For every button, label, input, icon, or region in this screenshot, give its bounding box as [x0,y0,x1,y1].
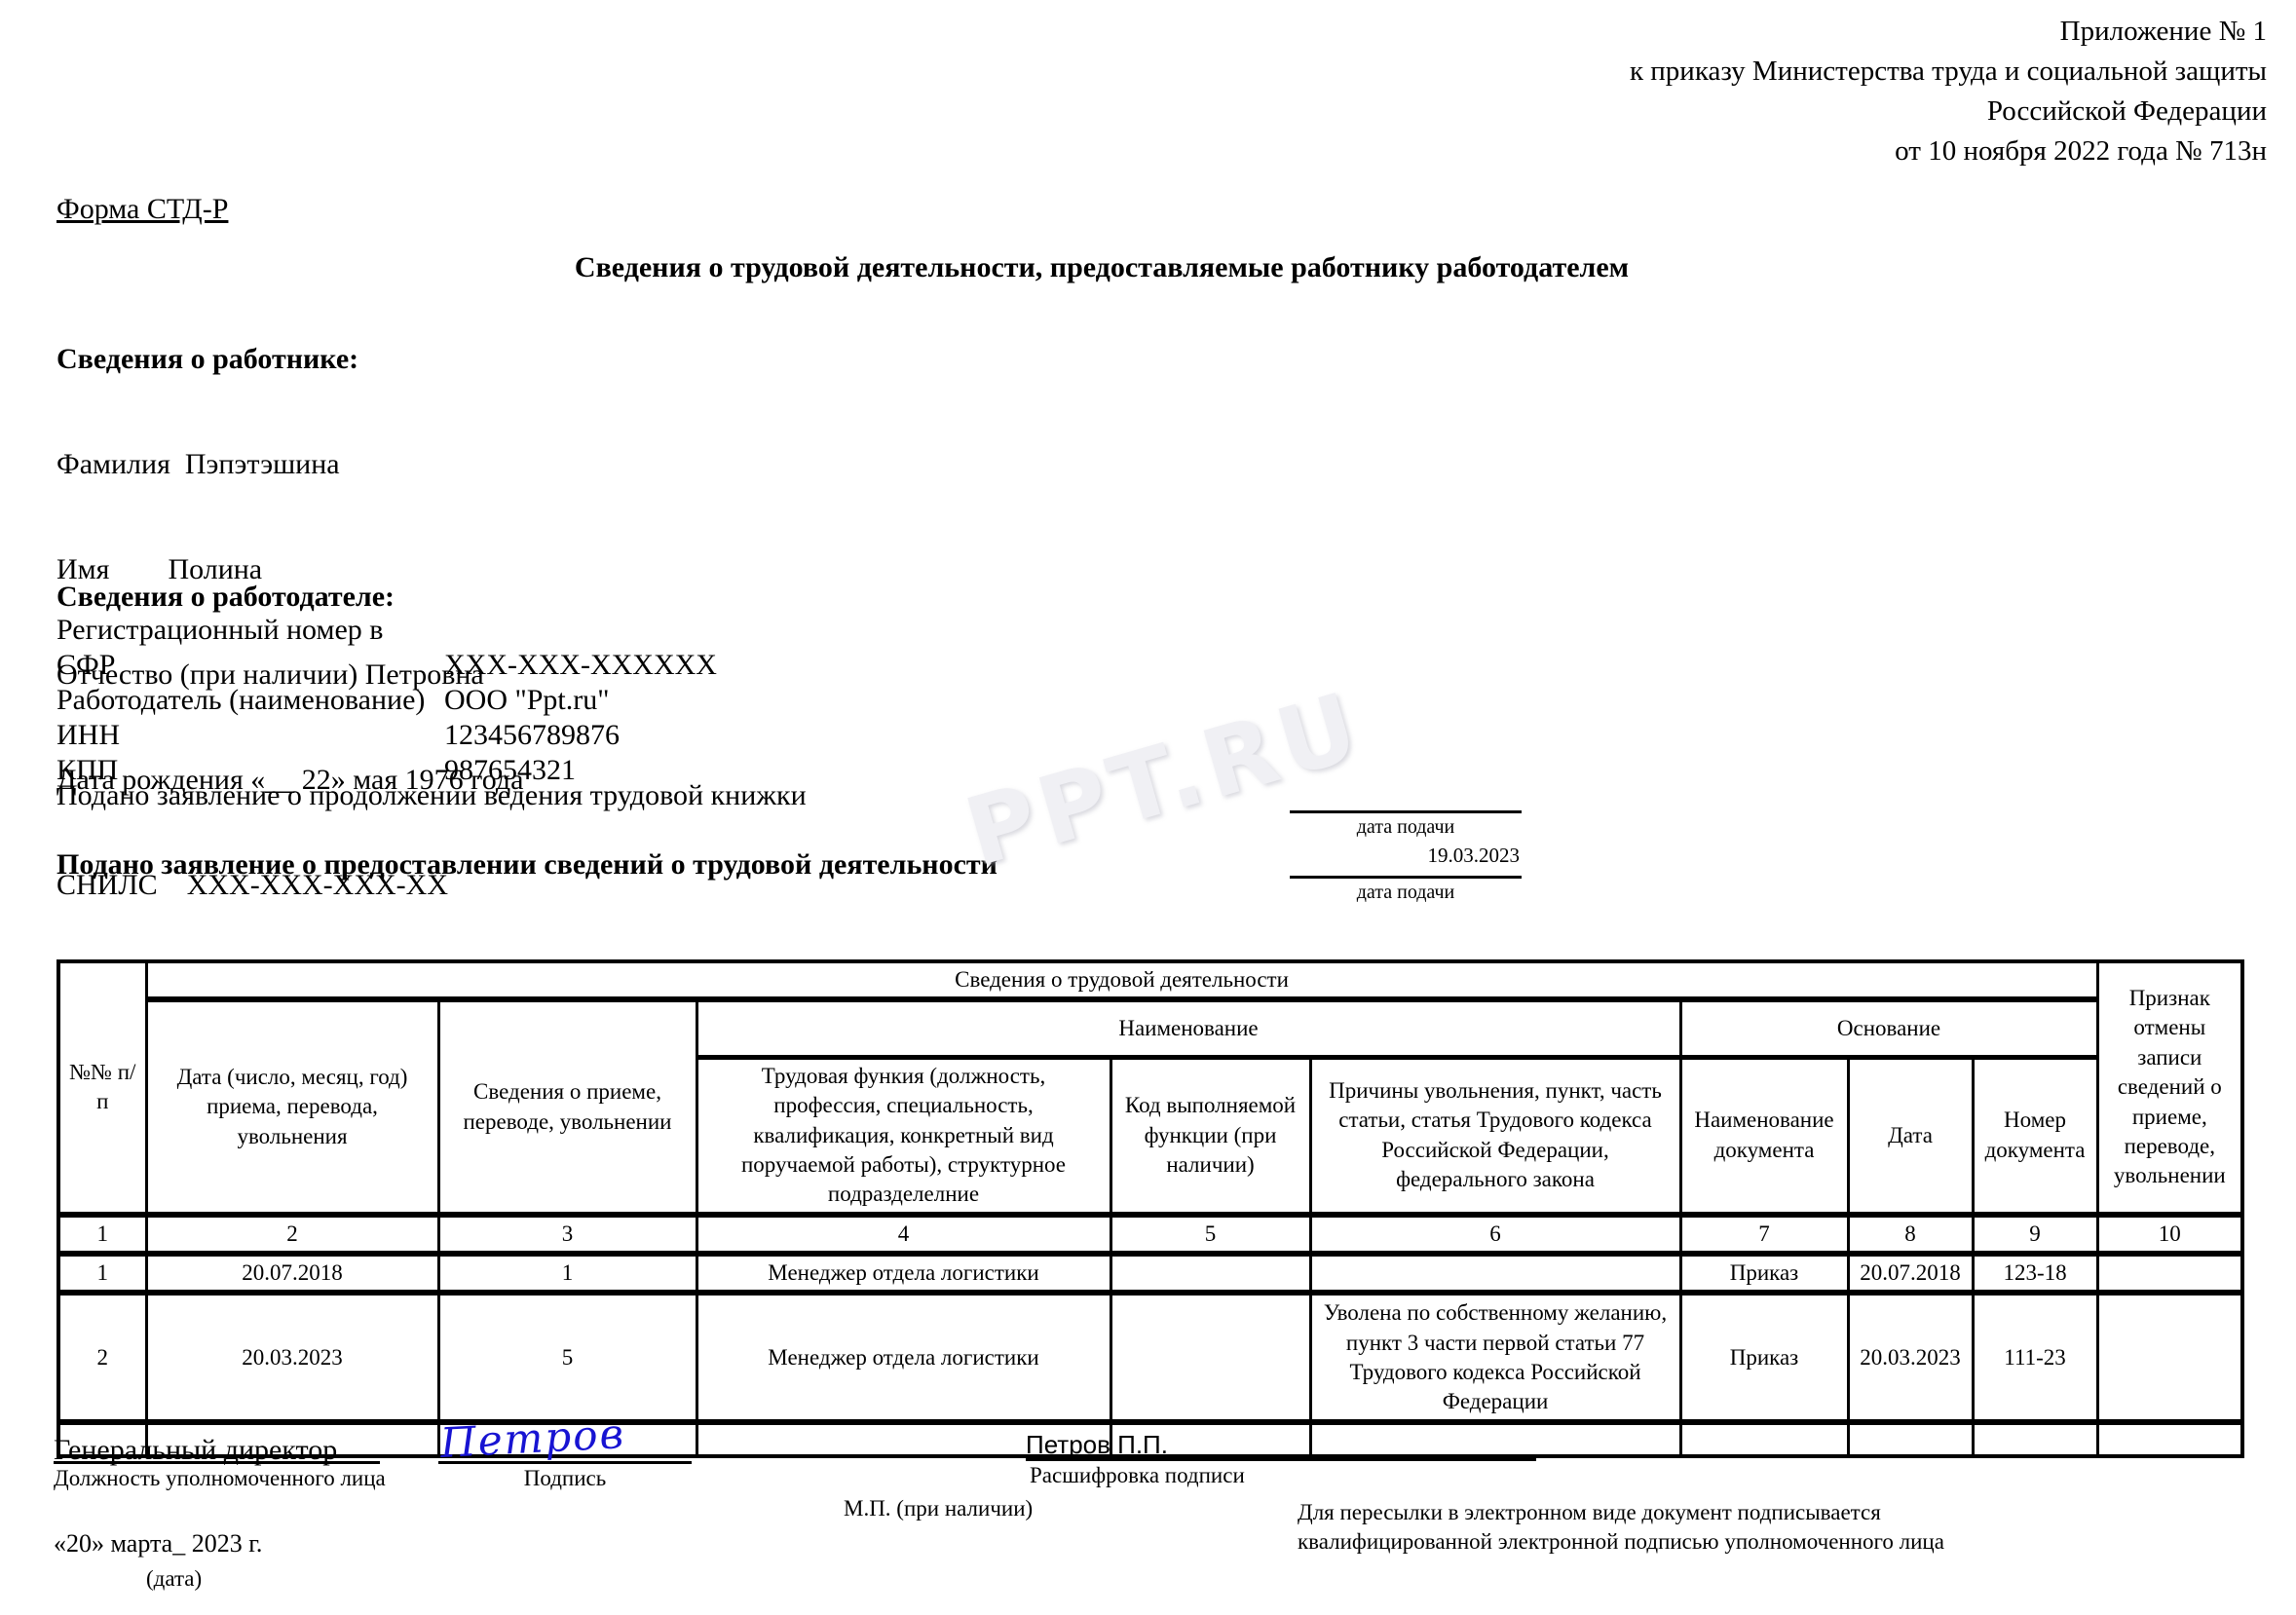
employer-reg-row: Регистрационный номер в СФРХХХ-ХХХ-ХХХХХ… [56,613,717,683]
date-caption-2: дата подачи [1290,879,1522,904]
employer-reg-value: ХХХ-ХХХ-ХХХХХХ [444,649,717,681]
row3-doc-date [1848,1422,1973,1456]
col-num-5: 5 [1110,1215,1310,1254]
position-underline [54,1461,380,1464]
annex-line-2: к приказу Министерства труда и социально… [1630,52,2267,92]
col-num-3: 3 [438,1215,696,1254]
esign-note-line-2: квалифицированной электронной подписью у… [1298,1527,1944,1557]
row1-reason [1310,1254,1680,1293]
row1-doc-date: 20.07.2018 [1848,1254,1973,1293]
col-header-number: №№ п/п [58,961,146,1215]
col-num-8: 8 [1848,1215,1973,1254]
employer-name-label: Работодатель (наименование) [56,683,444,718]
row1-event: 1 [438,1254,696,1293]
position-caption: Должность уполномоченного лица [54,1466,386,1491]
esign-note: Для пересылки в электронном виде докумен… [1298,1498,1944,1557]
employer-rows: Регистрационный номер в СФРХХХ-ХХХ-ХХХХХ… [56,613,717,788]
signature-caption: Подпись [438,1466,692,1491]
col-num-2: 2 [146,1215,438,1254]
col-header-doc-name: Наименование документа [1680,1057,1848,1214]
group-header-name: Наименование [696,999,1680,1057]
row1-cancel [2097,1254,2242,1293]
footer-date-value: «20» марта_ 2023 г. [54,1529,262,1559]
col-num-10: 10 [2097,1215,2242,1254]
col-header-doc-number: Номер документа [1973,1057,2097,1214]
row3-reason [1310,1422,1680,1456]
employer-inn-value: 123456789876 [444,719,620,751]
date-caption-1: дата подачи [1290,813,1522,839]
date-box-2: 19.03.2023 дата подачи [1290,844,1522,904]
annex-line-1: Приложение № 1 [1630,12,2267,52]
footer-date-caption: (дата) [146,1566,202,1592]
row3-doc-no [1973,1422,2097,1456]
col-header-code: Код выполняемой функции (при наличии) [1110,1057,1310,1214]
row3-doc-name [1680,1422,1848,1456]
annex-block: Приложение № 1 к приказу Министерства тр… [1630,12,2267,171]
row2-doc-name: Приказ [1680,1293,1848,1422]
row1-no: 1 [58,1254,146,1293]
row2-function: Менеджер отдела логистики [696,1293,1110,1422]
table-row: 1 20.07.2018 1 Менеджер отдела логистики… [58,1254,2242,1293]
col-header-date: Дата (число, месяц, год) приема, перевод… [146,999,438,1214]
stamp-note: М.П. (при наличии) [844,1496,1033,1521]
employer-section-heading: Сведения о работодателе: [56,581,395,614]
row1-doc-name: Приказ [1680,1254,1848,1293]
employer-reg-label: Регистрационный номер в СФР [56,613,444,683]
column-number-row: 1 2 3 4 5 6 7 8 9 10 [58,1215,2242,1254]
table-top-header: Сведения о трудовой деятельности [146,961,2097,999]
employer-inn-label: ИНН [56,718,444,753]
col-header-event: Сведения о приеме, переводе, увольнении [438,999,696,1214]
employer-name-value: ООО "Ppt.ru" [444,684,610,716]
row1-code [1110,1254,1310,1293]
col-header-cancel-flag: Признак отмены записи сведений о приеме,… [2097,961,2242,1215]
document-title: Сведения о трудовой деятельности, предос… [0,251,2296,284]
row2-cancel [2097,1293,2242,1422]
labor-activity-table: №№ п/п Сведения о трудовой деятельности … [56,959,2244,1458]
table-header-row-top: №№ п/п Сведения о трудовой деятельности … [58,961,2242,999]
handwritten-signature: Петров [439,1409,626,1467]
document-page: Приложение № 1 к приказу Министерства тр… [0,0,2296,1615]
employer-inn-row: ИНН123456789876 [56,718,717,753]
row2-date: 20.03.2023 [146,1293,438,1422]
annex-line-4: от 10 ноября 2022 года № 713н [1630,131,2267,171]
date-box-1: дата подачи [1290,810,1522,839]
row2-event: 5 [438,1293,696,1422]
row2-code [1110,1293,1310,1422]
row2-no: 2 [58,1293,146,1422]
annex-line-3: Российской Федерации [1630,92,2267,131]
col-num-1: 1 [58,1215,146,1254]
signature-transcript-value: Петров П.П. [1026,1430,1168,1460]
row2-doc-date: 20.03.2023 [1848,1293,1973,1422]
statement-info: Подано заявление о предоставлении сведен… [56,848,997,882]
group-header-basis: Основание [1680,999,2097,1057]
row1-doc-no: 123-18 [1973,1254,2097,1293]
signature-transcript-caption: Расшифровка подписи [1030,1463,1245,1488]
col-header-reason: Причины увольнения, пункт, часть статьи,… [1310,1057,1680,1214]
col-header-function: Трудовая функия (должность, профессия, с… [696,1057,1110,1214]
employer-name-row: Работодатель (наименование)ООО "Ppt.ru" [56,683,717,718]
row3-cancel [2097,1422,2242,1456]
esign-note-line-1: Для пересылки в электронном виде докумен… [1298,1498,1944,1527]
worker-section-heading: Сведения о работнике: [56,343,358,376]
row2-doc-no: 111-23 [1973,1293,2097,1422]
table-row: 2 20.03.2023 5 Менеджер отдела логистики… [58,1293,2242,1422]
signature-underline [438,1461,692,1464]
row1-function: Менеджер отдела логистики [696,1254,1110,1293]
row1-date: 20.07.2018 [146,1254,438,1293]
col-num-7: 7 [1680,1215,1848,1254]
worker-surname-line: Фамилия Пэпэтэшина [56,447,523,482]
col-num-4: 4 [696,1215,1110,1254]
col-header-doc-date: Дата [1848,1057,1973,1214]
signature-transcript-underline [1026,1458,1536,1461]
table-header-row-groups: Дата (число, месяц, год) приема, перевод… [58,999,2242,1057]
row2-reason: Уволена по собственному желанию, пункт 3… [1310,1293,1680,1422]
statement-book: Подано заявление о продолжении ведения т… [56,779,807,812]
col-num-6: 6 [1310,1215,1680,1254]
form-code: Форма СТД-Р [56,193,228,226]
info-date-value: 19.03.2023 [1290,844,1522,876]
col-num-9: 9 [1973,1215,2097,1254]
